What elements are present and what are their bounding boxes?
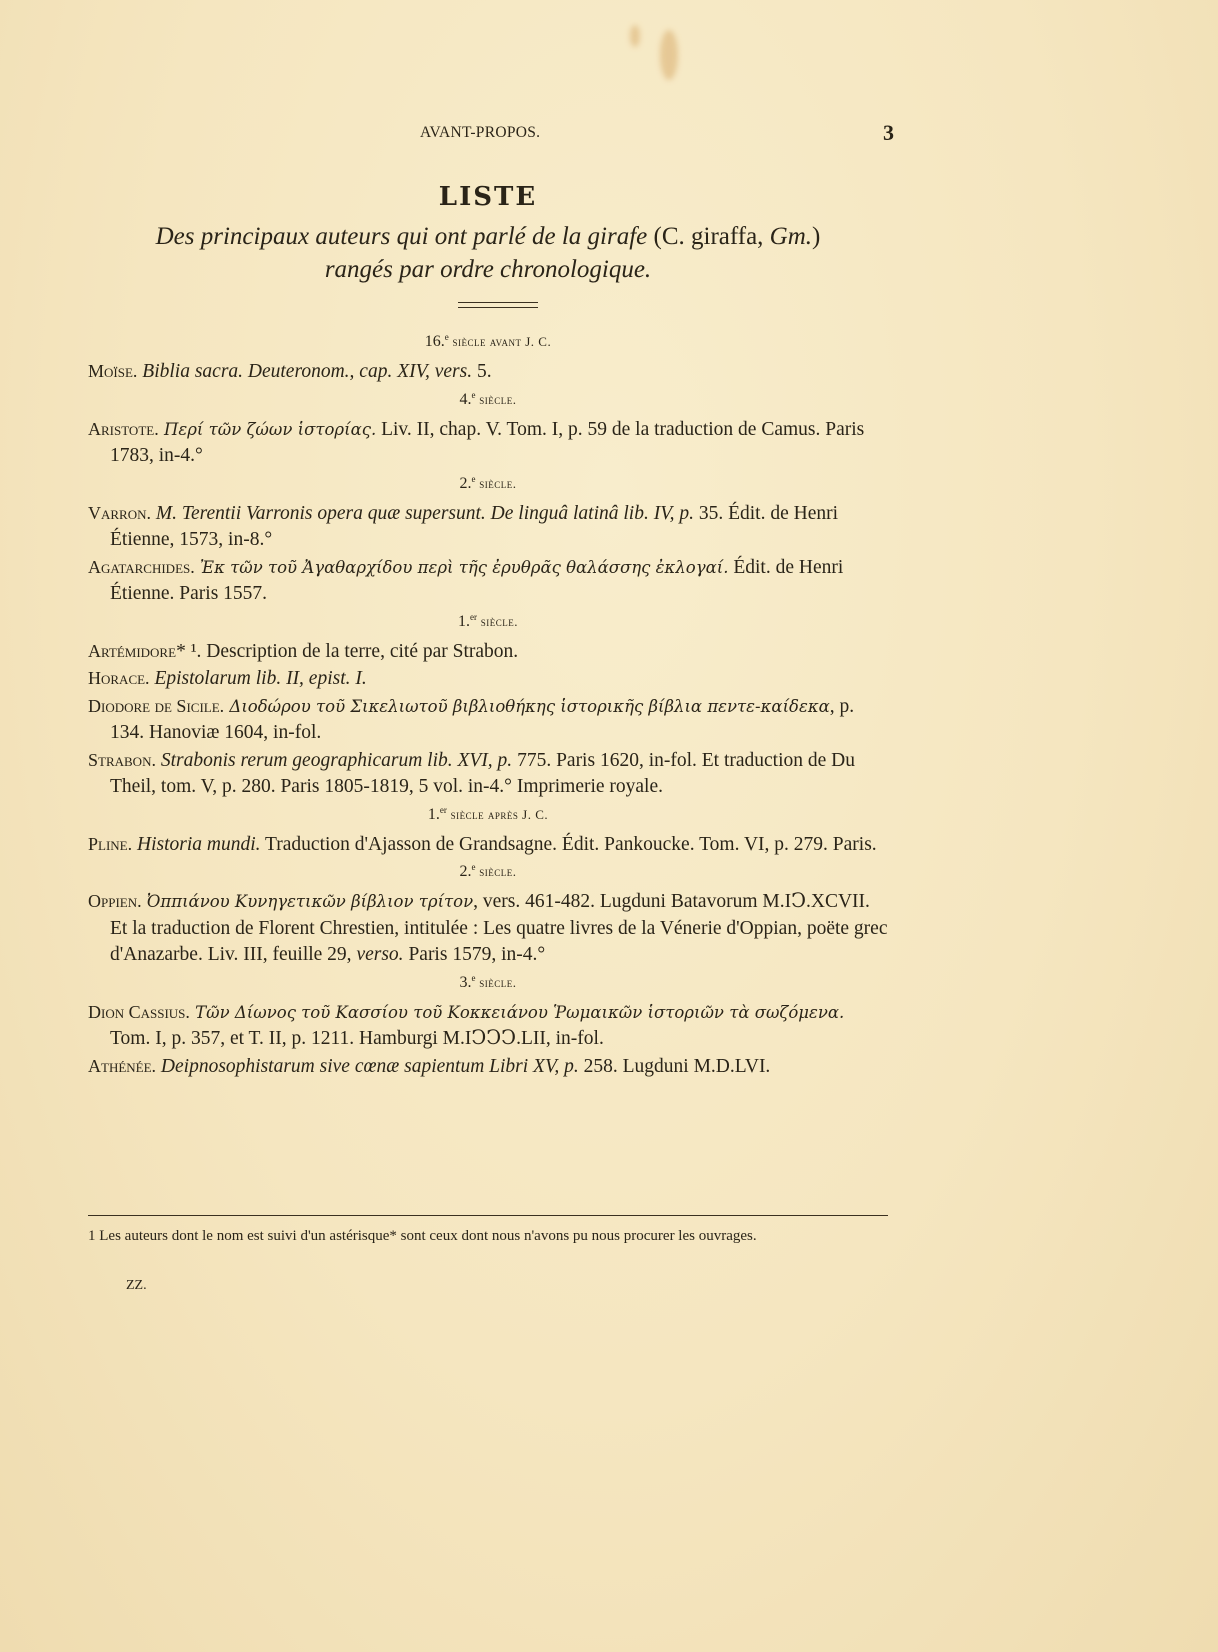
citation-text: 258. Lugduni M.D.LVI. xyxy=(579,1056,771,1077)
author-entry: Aristote. Περί τῶν ζώων ἱστορίας. Liv. I… xyxy=(88,416,888,470)
century-heading: 1.er siècle. xyxy=(88,612,888,632)
century-ordinal: e xyxy=(472,973,476,983)
running-head: AVANT-PROPOS. 3 xyxy=(88,124,888,148)
page-title: LISTE xyxy=(88,182,888,212)
running-title: AVANT-PROPOS. xyxy=(420,124,540,142)
author-entry: Pline. Historia mundi. Traduction d'Ajas… xyxy=(88,831,888,859)
century-label: siècle. xyxy=(481,614,518,629)
author-name: Athénée. xyxy=(88,1056,156,1076)
latin-title: Epistolarum lib. II, epist. I. xyxy=(150,668,367,689)
century-number: 2. xyxy=(460,863,472,880)
author-entry: Horace. Epistolarum lib. II, epist. I. xyxy=(88,665,888,693)
century-heading: 2.e siècle. xyxy=(88,474,888,494)
century-label: siècle. xyxy=(479,392,516,407)
century-label: siècle. xyxy=(479,864,516,879)
century-ordinal: er xyxy=(440,805,447,815)
subtitle-author-abbrev: Gm. xyxy=(770,223,812,250)
latin-title: M. Terentii Varronis opera quæ supersunt… xyxy=(151,503,694,524)
paper-stain xyxy=(660,30,678,80)
century-heading: 3.e siècle. xyxy=(88,973,888,993)
author-entry: Varron. M. Terentii Varronis opera quæ s… xyxy=(88,500,888,554)
author-name: Agatarchides. xyxy=(88,557,195,577)
century-number: 2. xyxy=(460,475,472,492)
author-entry: Oppien. Ὀππιάνου Κυνηγετικῶν βίβλιον τρί… xyxy=(88,888,888,969)
citation-text: Tom. I, p. 357, et T. II, p. 1211. Hambu… xyxy=(110,1028,604,1049)
century-heading: 1.er siècle après J. C. xyxy=(88,805,888,825)
citation-text: 5. xyxy=(472,361,492,382)
citation-text: Traduction d'Ajasson de Grandsagne. Édit… xyxy=(261,834,877,855)
author-list: 16.e siècle avant J. C.Moïse. Biblia sac… xyxy=(88,328,888,1080)
greek-title: Διοδώρου τοῦ Σικελιωτοῦ βιβλιοθήκης ἱστο… xyxy=(224,697,830,716)
latin-title: Strabonis rerum geographicarum lib. XVI,… xyxy=(156,750,512,771)
page-subtitle: Des principaux auteurs qui ont parlé de … xyxy=(88,220,888,286)
subtitle-roman: (C. giraffa, xyxy=(647,223,769,250)
title-double-rule xyxy=(458,302,538,308)
century-ordinal: er xyxy=(470,612,477,622)
subtitle-line-2: rangés par ordre chronologique. xyxy=(88,253,888,286)
author-name: Varron. xyxy=(88,503,151,523)
author-name: Pline. xyxy=(88,834,132,854)
century-heading: 4.e siècle. xyxy=(88,390,888,410)
century-label: siècle après J. C. xyxy=(451,807,549,822)
citation-text: * ¹. Description de la terre, cité par S… xyxy=(176,641,518,662)
greek-title: Ὀππιάνου Κυνηγετικῶν βίβλιον τρίτον xyxy=(142,892,474,911)
paper-stain xyxy=(630,25,640,47)
author-entry: Dion Cassius. Τῶν Δίωνος τοῦ Κασσίου τοῦ… xyxy=(88,999,888,1053)
century-number: 4. xyxy=(460,391,472,408)
century-label: siècle. xyxy=(479,476,516,491)
century-number: 1. xyxy=(458,613,470,630)
greek-title: Περί τῶν ζώων ἱστορίας. xyxy=(159,420,376,439)
author-name: Dion Cassius. xyxy=(88,1002,190,1022)
latin-title: verso. xyxy=(356,944,403,965)
century-ordinal: e xyxy=(472,862,476,872)
author-name: Moïse. xyxy=(88,361,137,381)
author-entry: Athénée. Deipnosophistarum sive cœnæ sap… xyxy=(88,1053,888,1081)
century-label: siècle avant J. C. xyxy=(453,334,552,349)
citation-text: Paris 1579, in-4.° xyxy=(404,944,546,965)
author-entry: Agatarchides. Ἐκ τῶν τοῦ Ἀγαθαρχίδου περ… xyxy=(88,554,888,608)
author-entry: Artémidore* ¹. Description de la terre, … xyxy=(88,638,888,666)
page-number: 3 xyxy=(883,120,894,146)
author-name: Artémidore xyxy=(88,641,176,661)
author-entry: Strabon. Strabonis rerum geographicarum … xyxy=(88,747,888,801)
footnote: 1 Les auteurs dont le nom est suivi d'un… xyxy=(88,1226,888,1247)
century-ordinal: e xyxy=(472,474,476,484)
latin-title: Historia mundi. xyxy=(132,834,260,855)
century-number: 16. xyxy=(425,333,445,350)
author-name: Strabon. xyxy=(88,750,156,770)
footnote-divider xyxy=(88,1215,888,1216)
author-name: Horace. xyxy=(88,668,150,688)
subtitle-italic: Des principaux auteurs qui ont parlé de … xyxy=(156,223,648,250)
printer-signature: ZZ. xyxy=(126,1278,147,1294)
century-heading: 2.e siècle. xyxy=(88,862,888,882)
greek-title: Ἐκ τῶν τοῦ Ἀγαθαρχίδου περὶ τῆς ἐρυθρᾶς … xyxy=(195,558,729,577)
century-heading: 16.e siècle avant J. C. xyxy=(88,332,888,352)
subtitle-line-1: Des principaux auteurs qui ont parlé de … xyxy=(88,220,888,253)
century-ordinal: e xyxy=(445,332,449,342)
author-entry: Moïse. Biblia sacra. Deuteronom., cap. X… xyxy=(88,358,888,386)
century-label: siècle. xyxy=(479,975,516,990)
latin-title: Biblia sacra. Deuteronom., cap. XIV, ver… xyxy=(137,361,472,382)
author-name: Diodore de Sicile. xyxy=(88,696,224,716)
greek-title: Τῶν Δίωνος τοῦ Κασσίου τοῦ Κοκκειάνου Ῥω… xyxy=(190,1003,844,1022)
subtitle-paren: ) xyxy=(812,223,820,250)
author-entry: Diodore de Sicile. Διοδώρου τοῦ Σικελιωτ… xyxy=(88,693,888,747)
author-name: Oppien. xyxy=(88,891,142,911)
century-number: 3. xyxy=(460,974,472,991)
author-name: Aristote. xyxy=(88,419,159,439)
century-ordinal: e xyxy=(472,390,476,400)
latin-title: Deipnosophistarum sive cœnæ sapientum Li… xyxy=(156,1056,579,1077)
century-number: 1. xyxy=(428,806,440,823)
